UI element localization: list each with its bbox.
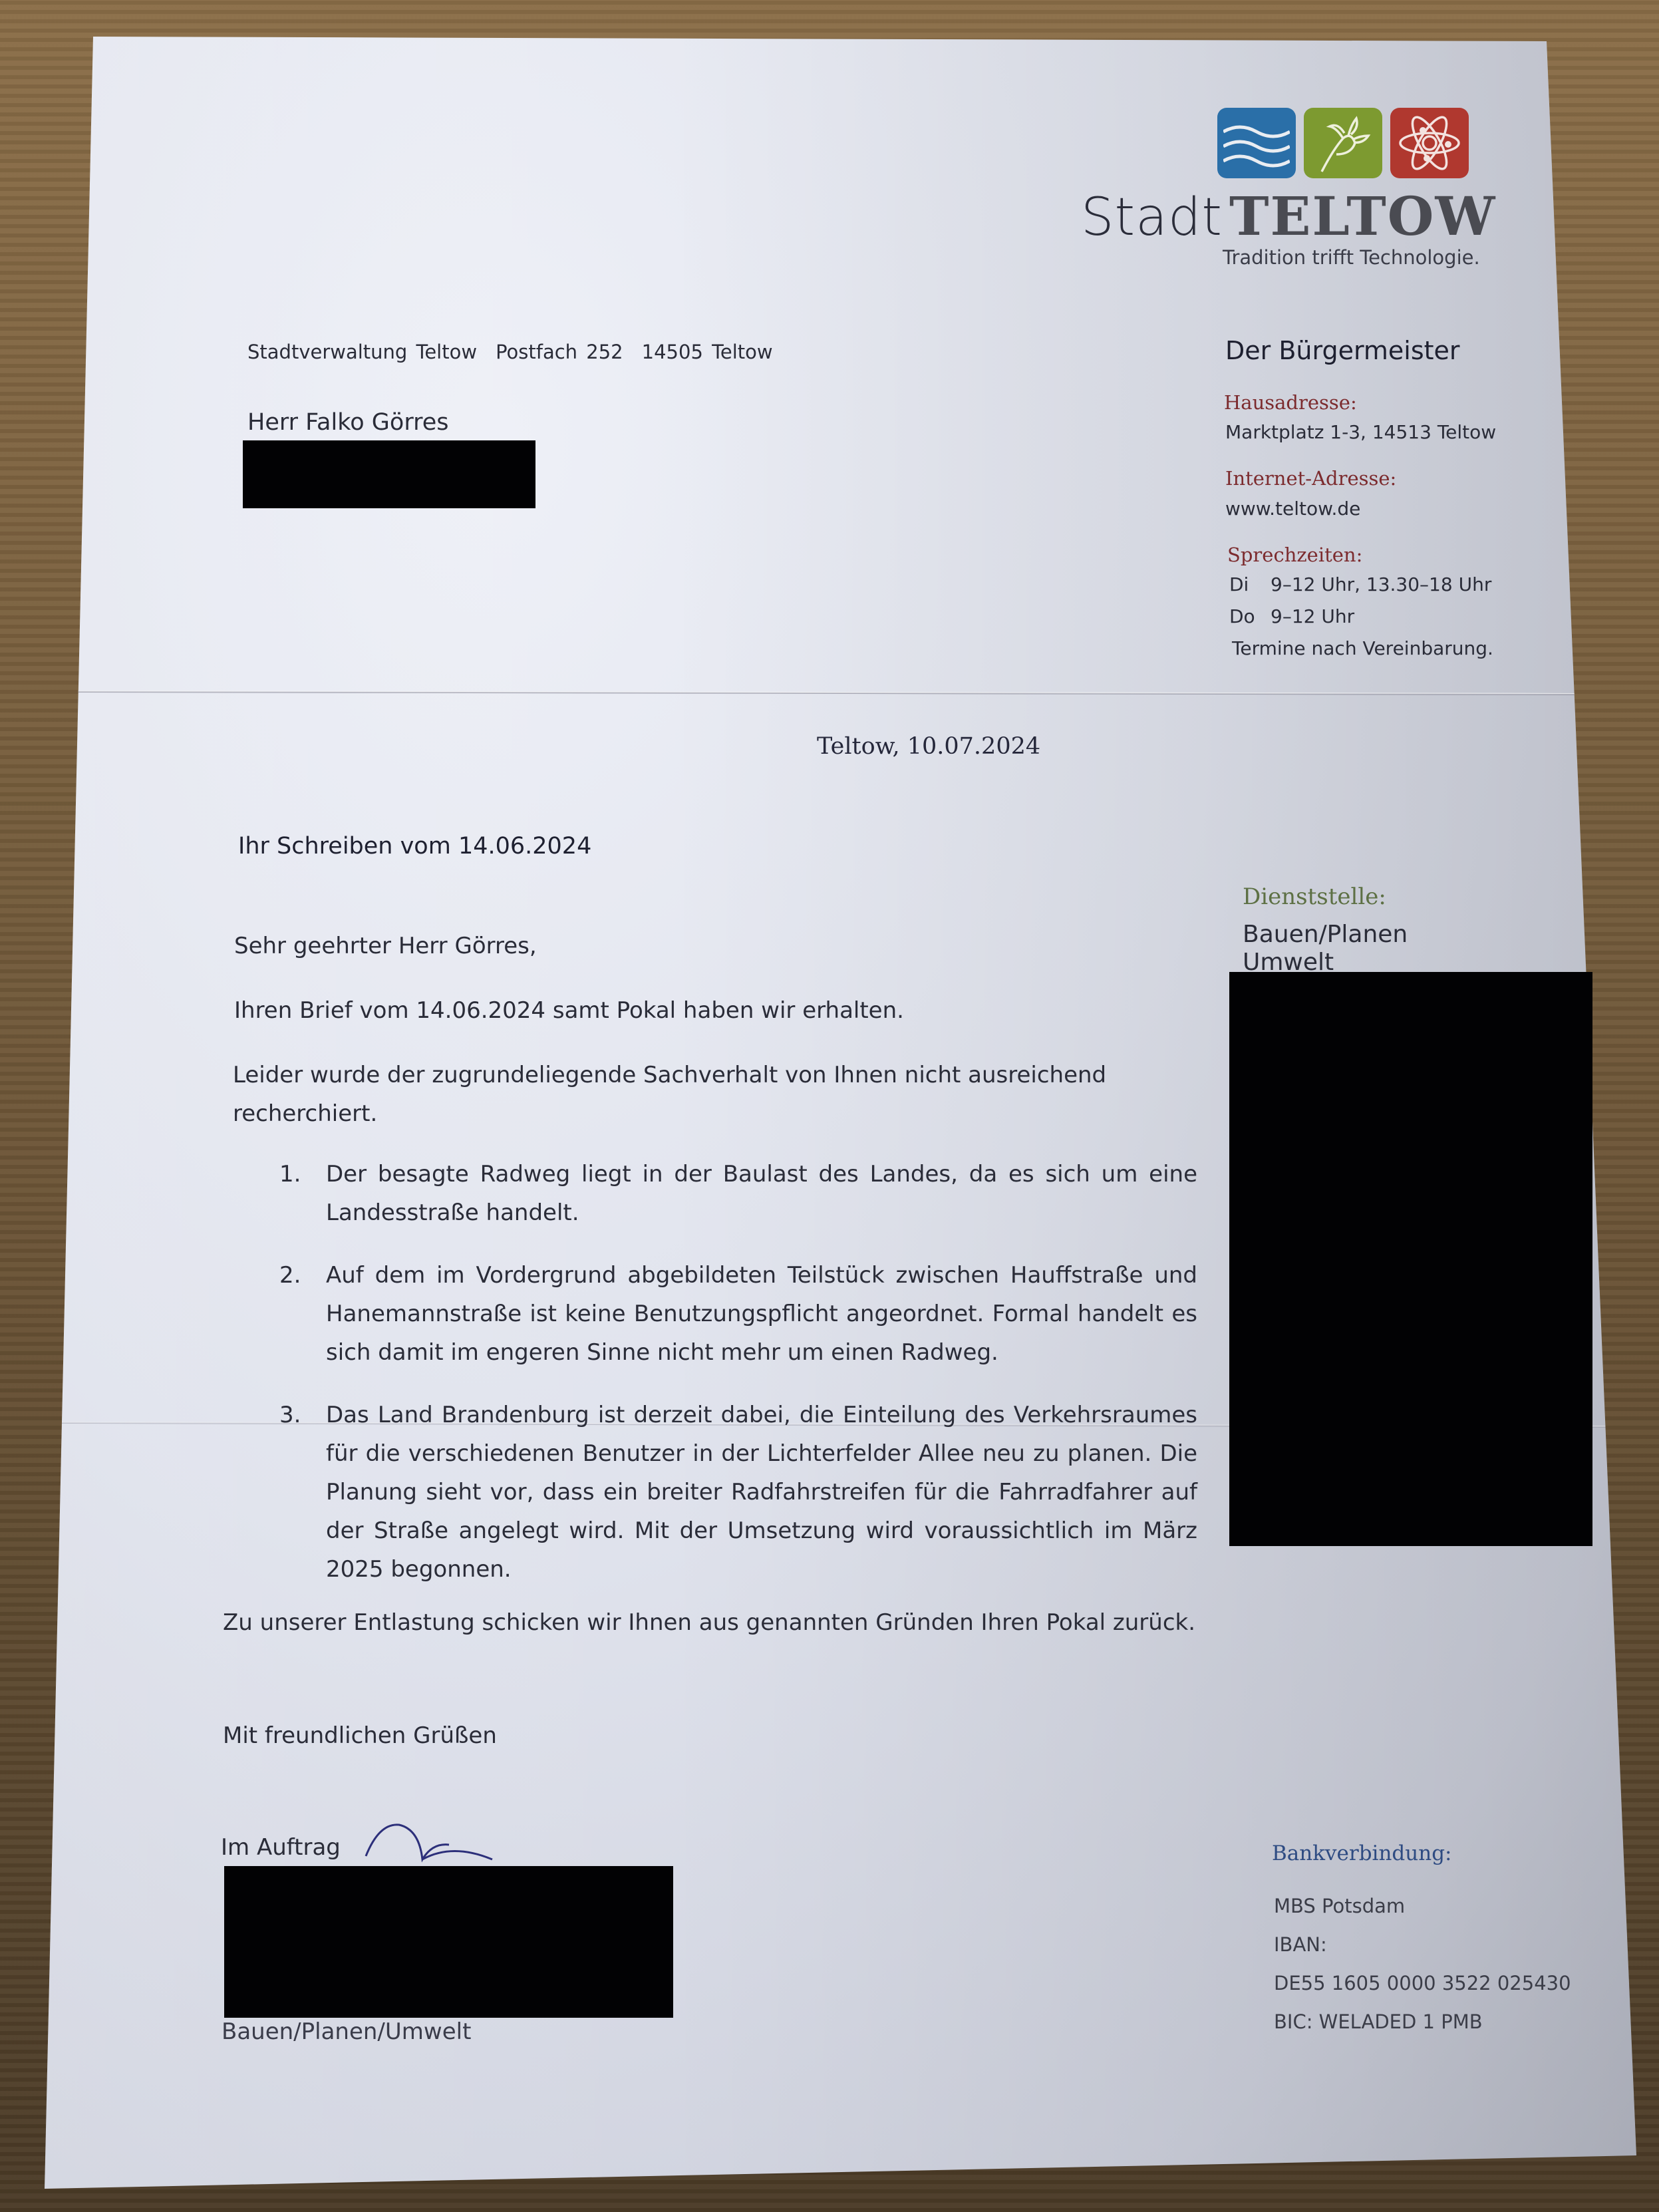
city-tagline: Tradition trifft Technologie. [1223, 246, 1480, 269]
bic-value: BIC: WELADED 1 PMB [1274, 2002, 1571, 2041]
sender-return-address: Stadtverwaltung TeltowPostfach 25214505 … [247, 341, 773, 363]
bank-name: MBS Potsdam [1274, 1887, 1571, 1925]
paragraph-received: Ihren Brief vom 14.06.2024 samt Pokal ha… [234, 991, 904, 1030]
recipient-name: Herr Falko Görres [247, 409, 449, 436]
list-number: 2. [279, 1256, 326, 1372]
wordmark-main: TELTOW [1229, 185, 1496, 247]
office-hours-tuesday: Di9–12 Uhr, 13.30–18 Uhr [1229, 573, 1491, 595]
website-link[interactable]: www.teltow.de [1225, 498, 1360, 520]
internet-label: Internet-Adresse: [1225, 467, 1396, 490]
iban-label: IBAN: [1274, 1925, 1571, 1964]
closing-greeting: Mit freundlichen Grüßen [223, 1716, 497, 1755]
office-hours-thursday: Do9–12 Uhr [1229, 605, 1354, 627]
city-logo [1217, 108, 1469, 178]
list-text: Das Land Brandenburg ist derzeit dabei, … [326, 1396, 1197, 1589]
appointments-note: Termine nach Vereinbarung. [1232, 637, 1493, 659]
closing-paragraph: Zu unserer Entlastung schicken wir Ihnen… [223, 1603, 1201, 1642]
signer-department: Bauen/Planen/Umwelt [222, 2012, 471, 2051]
sender-po-box: Postfach 252 [496, 341, 623, 363]
wordmark-prefix: Stadt [1081, 188, 1223, 247]
list-text: Auf dem im Vordergrund abgebildeten Teil… [326, 1256, 1197, 1372]
hours-day: Do [1229, 605, 1271, 627]
office-hours-label: Sprechzeiten: [1227, 544, 1362, 566]
letter-subject: Ihr Schreiben vom 14.06.2024 [238, 833, 591, 860]
house-address-label: Hausadresse: [1224, 391, 1357, 414]
bank-label: Bankverbindung: [1272, 1841, 1451, 1865]
redacted-department-contact [1229, 972, 1592, 1546]
list-item: 3. Das Land Brandenburg ist derzeit dabe… [279, 1396, 1197, 1589]
bank-details: MBS Potsdam IBAN: DE55 1605 0000 3522 02… [1274, 1887, 1571, 2041]
department-label: Dienststelle: [1243, 883, 1386, 910]
list-number: 1. [279, 1155, 326, 1232]
letter-date: Teltow, 10.07.2024 [817, 733, 1040, 760]
on-behalf-label: Im Auftrag [221, 1828, 341, 1867]
hours-day: Di [1229, 573, 1271, 595]
paragraph-research: Leider wurde der zugrundeliegende Sachve… [233, 1056, 1164, 1133]
department-name: Bauen/Planen Umwelt [1243, 921, 1408, 977]
list-text: Der besagte Radweg liegt in der Baulast … [326, 1155, 1197, 1232]
sender-org: Stadtverwaltung Teltow [247, 341, 477, 363]
city-wordmark: StadtTELTOW [1081, 185, 1496, 247]
salutation: Sehr geehrter Herr Görres, [234, 927, 537, 965]
hours-time: 9–12 Uhr [1271, 605, 1354, 627]
atom-icon [1390, 108, 1469, 178]
iban-value: DE55 1605 0000 3522 025430 [1274, 1964, 1571, 2002]
reasons-list: 1. Der besagte Radweg liegt in der Baula… [279, 1155, 1197, 1613]
sender-city: 14505 Teltow [642, 341, 773, 363]
paper-fold [53, 691, 1623, 695]
redacted-recipient-address [243, 440, 535, 508]
list-item: 2. Auf dem im Vordergrund abgebildeten T… [279, 1256, 1197, 1372]
house-address: Marktplatz 1-3, 14513 Teltow [1225, 421, 1496, 443]
hours-time: 9–12 Uhr, 13.30–18 Uhr [1271, 573, 1491, 595]
redacted-signer-name [224, 1866, 673, 2018]
list-number: 3. [279, 1396, 326, 1589]
signature-icon [359, 1819, 532, 1873]
list-item: 1. Der besagte Radweg liegt in der Baula… [279, 1155, 1197, 1232]
water-waves-icon [1217, 108, 1296, 178]
mayor-title: Der Bürgermeister [1225, 336, 1460, 365]
turnip-plant-icon [1304, 108, 1382, 178]
department-line: Bauen/Planen [1243, 921, 1408, 949]
